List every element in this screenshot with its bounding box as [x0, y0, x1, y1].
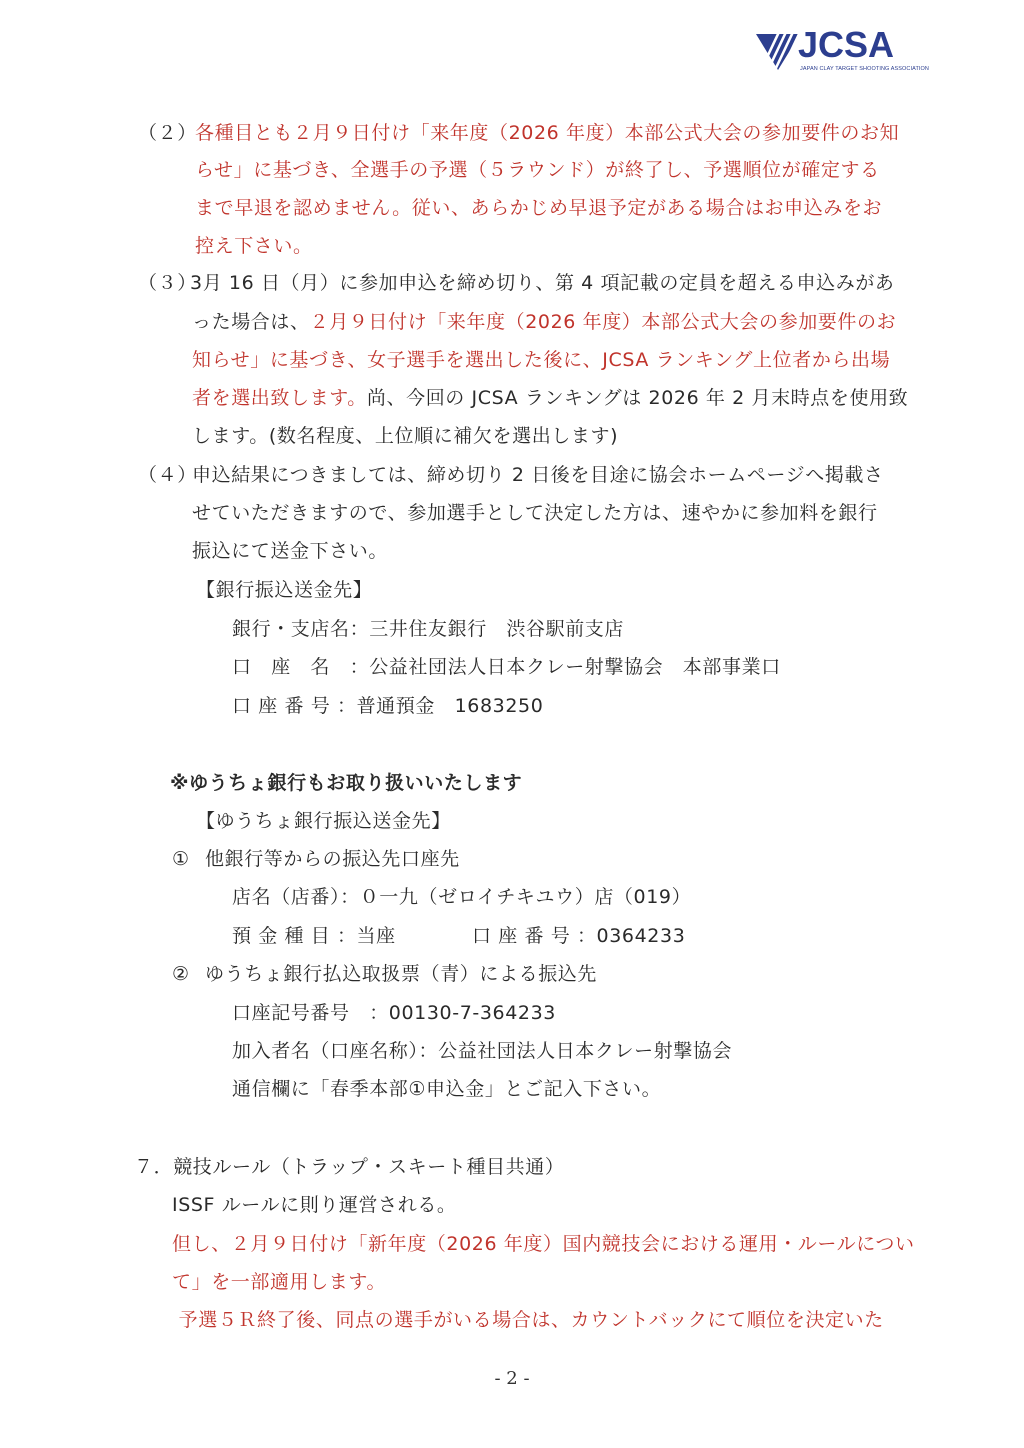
item-4-line-2: せていただきますので、参加選手として決定した方は、速やかに参加料を銀行: [192, 501, 878, 525]
yucho-option-2-marker: ②: [172, 962, 190, 986]
yucho-option-1-marker: ①: [172, 847, 190, 871]
logo-subtitle: JAPAN CLAY TARGET SHOOTING ASSOCIATION: [800, 66, 929, 72]
item-2-line-1: 各種目とも２月９日付け「来年度（2026 年度）本部公式大会の参加要件のお知: [195, 121, 899, 145]
bank-account-number-label: 口 座 番 号: [232, 695, 337, 717]
item-3-line-5: します。(数名程度、上位順に補欠を選出します): [192, 424, 618, 448]
item-3-line-4: 者を選出致します。尚、今回の JCSA ランキングは 2026 年 2 月末時点…: [192, 386, 908, 410]
yucho-heading: 【ゆうちょ銀行振込送金先】: [196, 809, 451, 833]
item-4-marker: （４）: [138, 463, 197, 487]
section-7-red-line-1: 但し、２月９日付け「新年度（2026 年度）国内競技会における運用・ルールについ: [172, 1232, 915, 1256]
bank-account-number-value: ：普通預金 1683250: [337, 695, 543, 717]
section-7-line-1: ISSF ルールに則り運営される。: [172, 1193, 457, 1217]
item-2-line-4: 控え下さい。: [195, 234, 313, 258]
yucho-account-number: 口 座 番 号 ：0364233: [472, 924, 685, 948]
section-7-red-line-3: 予選５Ｒ終了後、同点の選手がいる場合は、カウントバックにて順位を決定いた: [172, 1308, 884, 1332]
bank-account-name-label: 口 座 名: [232, 656, 350, 678]
page-number: - 2 -: [0, 1368, 1024, 1389]
item-3-line-2: った場合は、２月９日付け「来年度（2026 年度）本部公式大会の参加要件のお: [192, 310, 896, 334]
bank-account-number-row: 口 座 番 号 ：普通預金 1683250: [232, 694, 543, 718]
section-7-title: ７．競技ルール（トラップ・スキート種目共通）: [134, 1155, 564, 1179]
yucho-option-1-title: 他銀行等からの振込先口座先: [205, 847, 460, 871]
item-4-line-1: 申込結果につきましては、締め切り 2 日後を目途に協会ホームページへ掲載さ: [192, 463, 884, 487]
item-3-line-4-red: 者を選出致します。: [192, 387, 367, 409]
jcsa-logo: JCSA JAPAN CLAY TARGET SHOOTING ASSOCIAT…: [756, 30, 906, 78]
jcsa-logo-mark-icon: [756, 30, 800, 74]
item-3-marker: （３）: [138, 271, 197, 295]
item-3-line-3: 知らせ」に基づき、女子選手を選出した後に、JCSA ランキング上位者から出場: [192, 348, 890, 372]
item-2-line-3: まで早退を認めません。従い、あらかじめ早退予定がある場合はお申込みをお: [195, 196, 882, 220]
item-3-line-2-black: った場合は、: [192, 311, 310, 333]
item-2-marker: （２）: [138, 121, 197, 145]
bank-account-name-row: 口 座 名 ：公益社団法人日本クレー射撃協会 本部事業口: [232, 655, 781, 679]
bank-branch-label: 銀行・支店名: [232, 618, 350, 640]
yucho-store: 店名（店番）：０一九（ゼロイチキユウ）店（019）: [232, 885, 691, 909]
yucho-account-type: 預 金 種 目 ：当座: [232, 924, 396, 948]
bank-transfer-heading: 【銀行振込送金先】: [196, 578, 372, 602]
item-4-line-3: 振込にて送金下さい。: [192, 539, 388, 563]
yucho-symbol-number: 口座記号番号 ：00130-7-364233: [232, 1001, 556, 1025]
bank-branch-value: ：三井住友銀行 渋谷駅前支店: [350, 618, 624, 640]
yucho-option-2-title: ゆうちょ銀行払込取扱票（青）による振込先: [205, 962, 597, 986]
item-3-line-1: 3月 16 日（月）に参加申込を締め切り、第 4 項記載の定員を超える申込みがあ: [190, 271, 895, 295]
item-3-line-4-black: 尚、今回の JCSA ランキングは 2026 年 2 月末時点を使用致: [367, 387, 908, 409]
logo-text: JCSA: [798, 24, 894, 66]
yucho-memo: 通信欄に「春季本部①申込金」とご記入下さい。: [232, 1077, 661, 1101]
bank-branch-row: 銀行・支店名：三井住友銀行 渋谷駅前支店: [232, 617, 624, 641]
yucho-note: ※ゆうちょ銀行もお取り扱いいたします: [170, 771, 522, 795]
item-2-line-2: らせ」に基づき、全選手の予選（５ラウンド）が終了し、予選順位が確定する: [195, 158, 880, 182]
bank-account-name-value: ：公益社団法人日本クレー射撃協会 本部事業口: [350, 656, 781, 678]
item-3-line-2-red: ２月９日付け「来年度（2026 年度）本部公式大会の参加要件のお: [310, 311, 897, 333]
section-7-red-line-2: て」を一部適用します。: [172, 1270, 386, 1294]
yucho-subscriber: 加入者名（口座名称）：公益社団法人日本クレー射撃協会: [232, 1039, 732, 1063]
